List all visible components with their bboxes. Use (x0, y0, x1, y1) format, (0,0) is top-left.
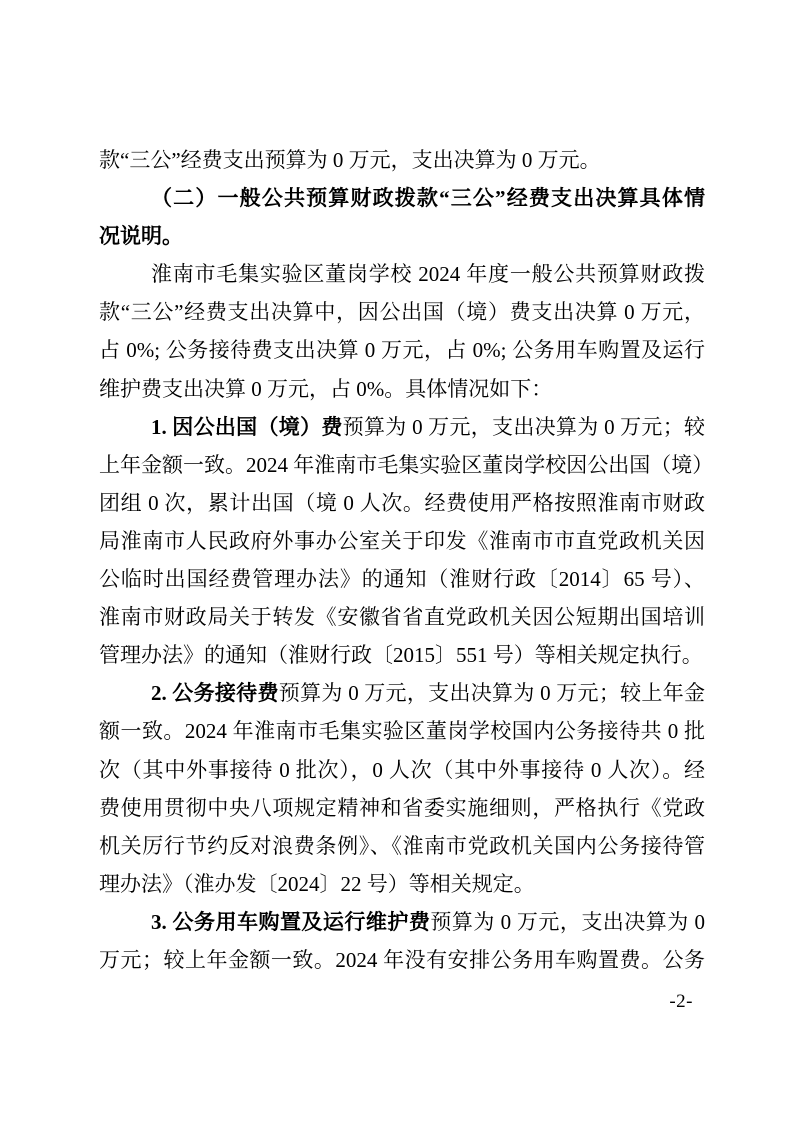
doc-line-17: 次（其中外事接待 0 批次），0 人次（其中外事接待 0 人次）。经 (99, 751, 705, 789)
doc-line-20: 理办法》（淮办发〔2024〕22 号）等相关规定。 (99, 865, 705, 903)
doc-line-14: 管理办法》的通知（淮财行政〔2015〕551 号）等相关规定执行。 (99, 636, 705, 674)
section-heading-line-2: 况说明。 (99, 217, 705, 255)
doc-line-07: 维护费支出决算 0 万元，占 0%。具体情况如下： (99, 370, 705, 408)
doc-line-04: 淮南市毛集实验区董岗学校 2024 年度一般公共预算财政拨 (99, 255, 705, 293)
document-page: 款“三公”经费支出预算为 0 万元，支出决算为 0 万元。 （二）一般公共预算财… (0, 0, 793, 1122)
document-body-text: 款“三公”经费支出预算为 0 万元，支出决算为 0 万元。 （二）一般公共预算财… (99, 141, 705, 979)
doc-line-01: 款“三公”经费支出预算为 0 万元，支出决算为 0 万元。 (99, 141, 705, 179)
doc-line-11: 局淮南市人民政府外事办公室关于印发《淮南市市直党政机关因 (99, 522, 705, 560)
doc-line-08: 1. 因公出国（境）费预算为 0 万元，支出决算为 0 万元；较 (99, 408, 705, 446)
item1-text: 预算为 0 万元，支出决算为 0 万元；较 (343, 415, 705, 439)
doc-line-15: 2. 公务接待费预算为 0 万元，支出决算为 0 万元；较上年金 (99, 674, 705, 712)
item2-heading: 2. 公务接待费 (151, 681, 279, 705)
doc-line-16: 额一致。2024 年淮南市毛集实验区董岗学校国内公务接待共 0 批 (99, 712, 705, 750)
doc-line-06: 占 0%; 公务接待费支出决算 0 万元，占 0%; 公务用车购置及运行 (99, 331, 705, 369)
doc-line-13: 淮南市财政局关于转发《安徽省省直党政机关因公短期出国培训 (99, 598, 705, 636)
page-number: -2- (669, 991, 693, 1012)
item3-text: 预算为 0 万元，支出决算为 0 (430, 910, 705, 934)
item3-heading: 3. 公务用车购置及运行维护费 (151, 910, 430, 934)
doc-line-10: 团组 0 次，累计出国（境 0 人次。经费使用严格按照淮南市财政 (99, 484, 705, 522)
doc-line-05: 款“三公”经费支出决算中，因公出国（境）费支出决算 0 万元， (99, 293, 705, 331)
item2-text: 预算为 0 万元，支出决算为 0 万元；较上年金 (279, 681, 705, 705)
section-heading-line-1: （二）一般公共预算财政拨款“三公”经费支出决算具体情 (99, 179, 705, 217)
doc-line-22: 万元；较上年金额一致。2024 年没有安排公务用车购置费。公务 (99, 941, 705, 979)
doc-line-19: 机关厉行节约反对浪费条例》、《淮南市党政机关国内公务接待管 (99, 827, 705, 865)
doc-line-09: 上年金额一致。2024 年淮南市毛集实验区董岗学校因公出国（境） (99, 446, 705, 484)
item1-heading: 1. 因公出国（境）费 (151, 415, 343, 439)
doc-line-18: 费使用贯彻中央八项规定精神和省委实施细则，严格执行《党政 (99, 789, 705, 827)
page-footer: -2- (0, 991, 693, 1012)
doc-line-12: 公临时出国经费管理办法》的通知（淮财行政〔2014〕65 号）、 (99, 560, 705, 598)
doc-line-21: 3. 公务用车购置及运行维护费预算为 0 万元，支出决算为 0 (99, 903, 705, 941)
